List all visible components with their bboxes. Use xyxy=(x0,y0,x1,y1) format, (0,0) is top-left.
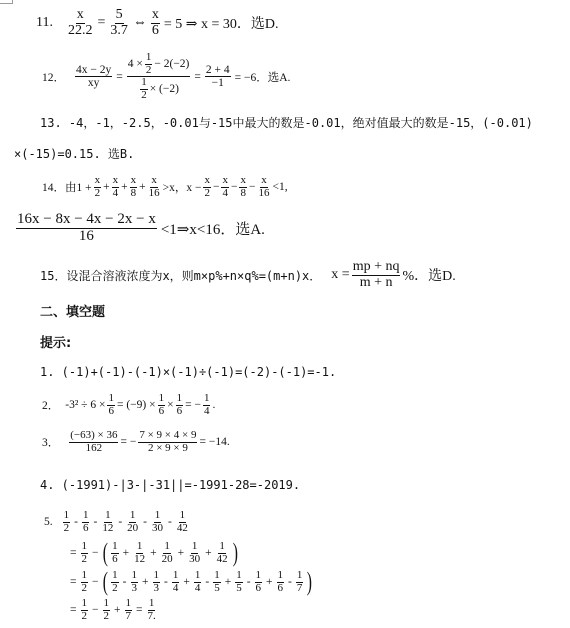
answer-13-line2: ×(-15)=0.15. 选B. xyxy=(14,145,134,162)
fraction: 12 xyxy=(81,541,89,565)
fraction: 112 xyxy=(101,510,114,534)
fraction: 16 xyxy=(277,570,285,594)
fraction: 17. xyxy=(147,598,157,622)
fill-5-row-2: =12−(16+112+120+130+142) xyxy=(68,540,239,566)
answer-12: 12． 4x − 2yxy = 4 ×12− 2(−2) 12× (−2) = … xyxy=(42,52,292,101)
fraction: 130 xyxy=(188,541,201,565)
corner-border xyxy=(0,0,13,4)
hint-label: 提示: xyxy=(40,332,71,351)
answer-15: 15．设混合溶液浓度为x，则m×p%+n×q%=(m+n)x． x = mp +… xyxy=(40,260,456,290)
fraction: 17 xyxy=(125,598,133,622)
fraction: 16 xyxy=(111,541,119,565)
fraction: 15 xyxy=(235,570,243,594)
fill-5-row-3: =12−(12-13+13-14+14-15+15-16+16-17) xyxy=(68,569,314,595)
fraction: 13 xyxy=(131,570,139,594)
fraction: 16 xyxy=(82,510,90,534)
fraction: 130 xyxy=(151,510,164,534)
fraction: 120 xyxy=(161,541,174,565)
fill-5-row-1: 5.12-16-112-120-130-142 xyxy=(42,510,191,534)
fraction: 12 xyxy=(111,570,119,594)
fill-answer-4: 4. (-1991)-|3-|-31||=-1991-28=-2019. xyxy=(40,478,300,492)
answer-14-line2: 16x − 8x − 4x − 2x − x16 <1⇒x<16．选A. xyxy=(14,212,267,245)
fraction: 112 xyxy=(133,541,146,565)
fraction: 142 xyxy=(176,510,189,534)
fraction: 17 xyxy=(296,570,304,594)
fill-answer-3: 3． (−63) × 36162 = − 7 × 9 × 4 × 92 × 9 … xyxy=(42,430,230,454)
answer-14-line1: 14． 由1 + x2+ x4+ x8+ x16 >x，x − x2− x4− … xyxy=(42,175,288,199)
fraction: 14 xyxy=(172,570,180,594)
fraction: 142 xyxy=(216,541,229,565)
answer-11: 11. x22.2 = 53.7 ⇔ x6 = 5 ⇒ x = 30．选D. xyxy=(36,8,281,38)
fraction: 120 xyxy=(126,510,139,534)
answer-13-line1: 13. -4，-1，-2.5，-0.01与-15中最大的数是-0.01，绝对值最… xyxy=(40,114,533,131)
section-title: 二、填空题 xyxy=(40,301,105,320)
fill-5-row-4: =12−12+17=17. xyxy=(68,598,159,622)
fraction: 16 xyxy=(255,570,263,594)
fraction: 12 xyxy=(103,598,111,622)
fraction: 12 xyxy=(63,510,71,534)
fraction: 12 xyxy=(81,598,89,622)
fill-answer-2: 2． -3² ÷ 6 × 16 = (−9) × 16 × 16 = − 14 … xyxy=(42,393,215,417)
fraction: 13 xyxy=(153,570,161,594)
fraction: 12 xyxy=(81,570,89,594)
fraction: 15 xyxy=(213,570,221,594)
fraction: 14 xyxy=(194,570,202,594)
fill-answer-1: 1. (-1)+(-1)-(-1)×(-1)÷(-1)=(-2)-(-1)=-1… xyxy=(40,365,336,379)
